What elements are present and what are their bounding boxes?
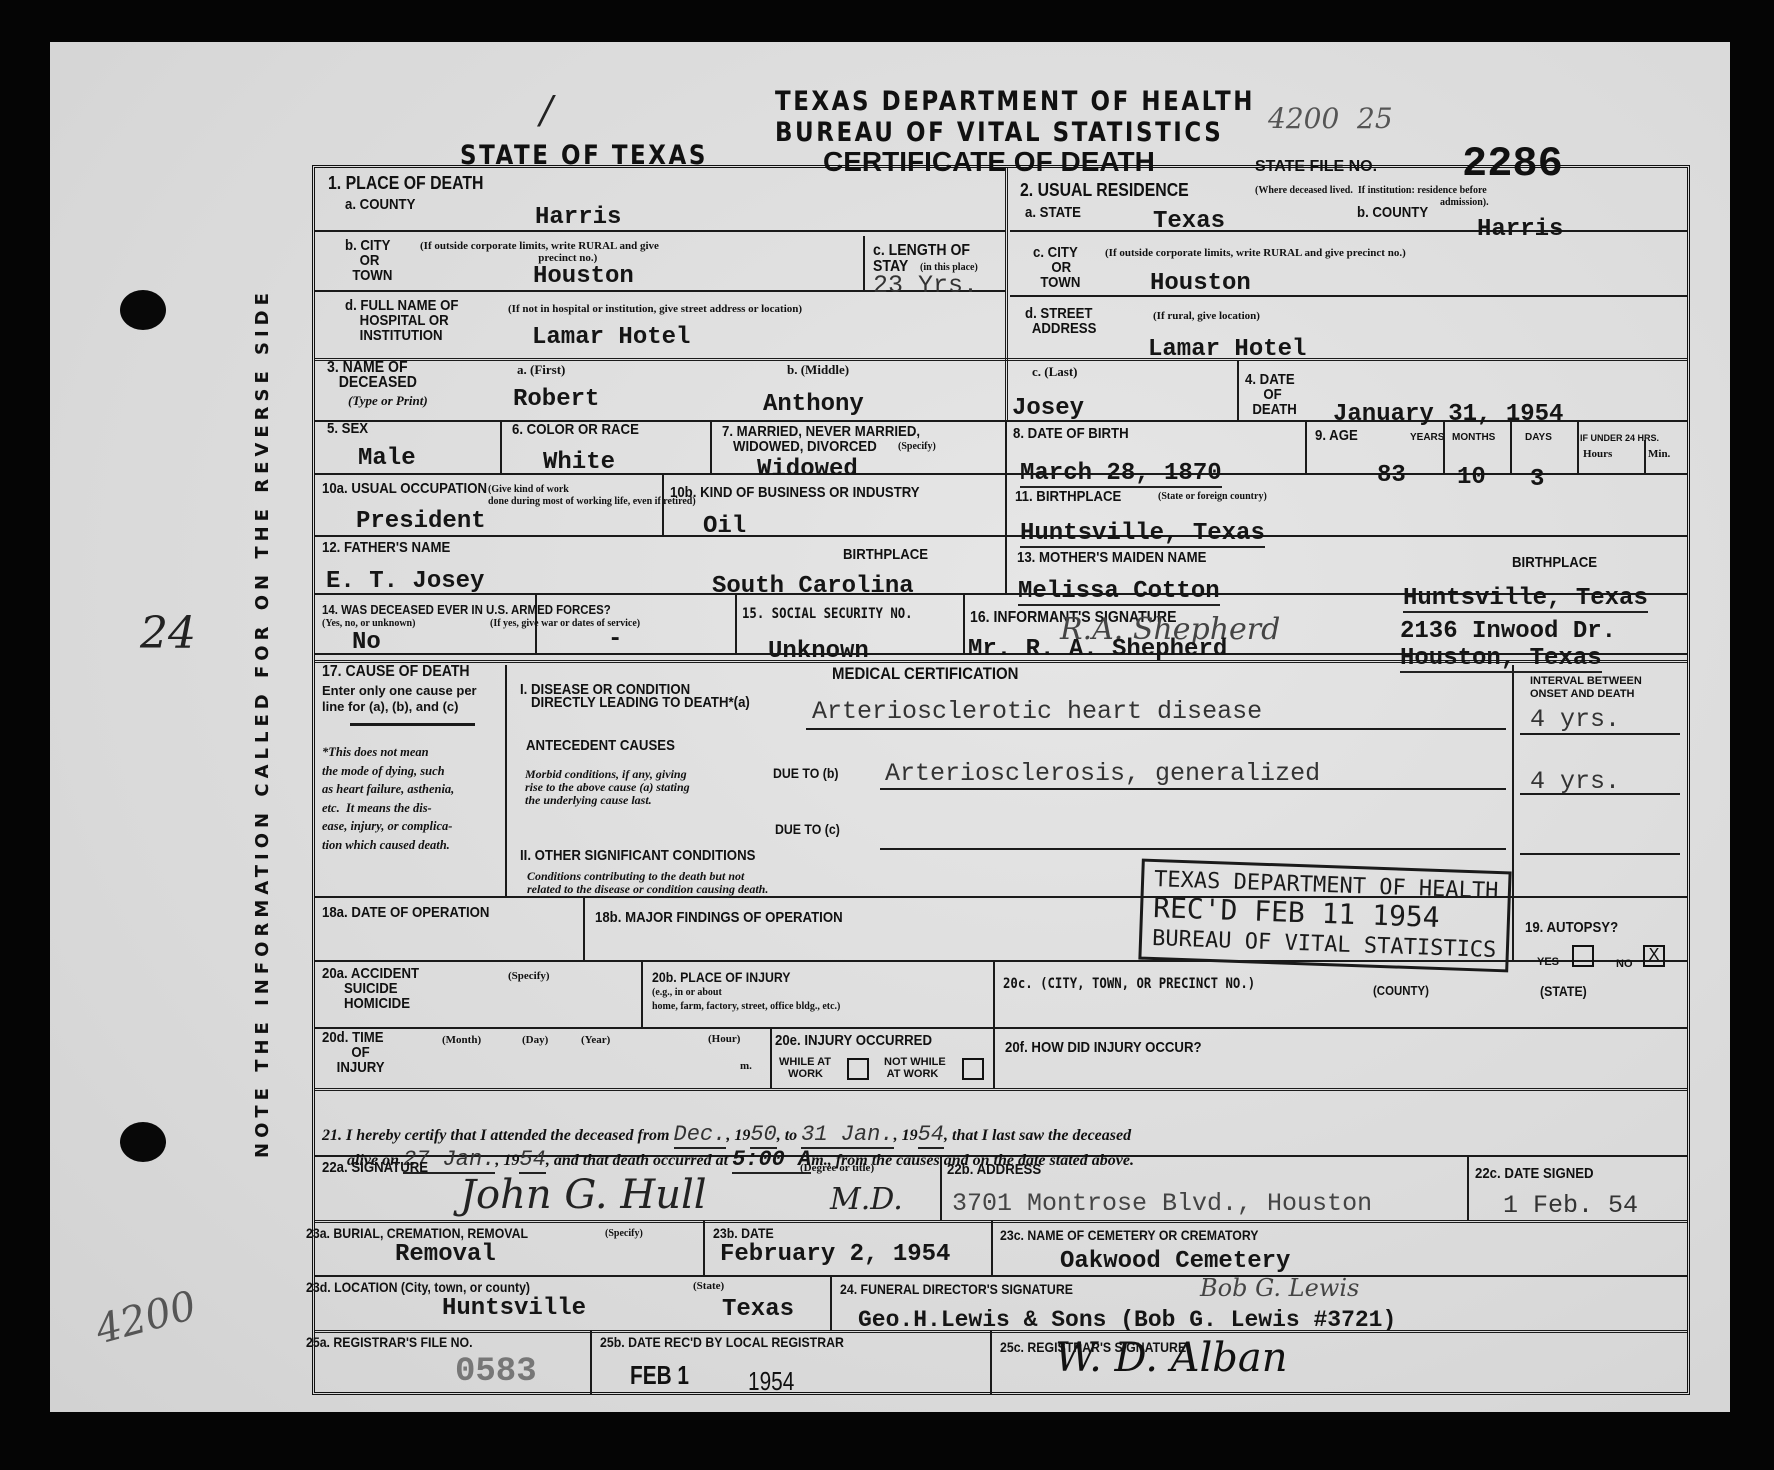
- reverse-side-note: NOTE THE INFORMATION CALLED FOR ON THE R…: [252, 288, 273, 1158]
- day-label: (Day): [522, 1034, 548, 1046]
- sex-field[interactable]: Male: [358, 447, 416, 471]
- registrar-year-field[interactable]: 1954: [748, 1366, 794, 1397]
- first-name-field[interactable]: Robert: [513, 388, 599, 412]
- industry-label: 10b. KIND OF BUSINESS OR INDUSTRY: [670, 485, 920, 500]
- hour-label: (Hour): [708, 1033, 740, 1045]
- date-signed-label: 22c. DATE SIGNED: [1475, 1166, 1594, 1181]
- medical-certification-label: MEDICAL CERTIFICATION: [832, 666, 1018, 681]
- date-signed-field[interactable]: 1 Feb. 54: [1503, 1194, 1638, 1218]
- armed-war-field[interactable]: -: [608, 628, 622, 652]
- usual-residence-label: 2. USUAL RESIDENCE: [1020, 183, 1189, 198]
- due-to-b-field[interactable]: Arteriosclerosis, generalized: [885, 762, 1320, 786]
- not-at-work-checkbox[interactable]: [962, 1058, 984, 1080]
- father-birthplace-label: BIRTHPLACE: [843, 547, 928, 562]
- age-years-field[interactable]: 83: [1377, 464, 1406, 488]
- hours-label: Hours: [1583, 448, 1612, 460]
- received-stamp: TEXAS DEPARTMENT OF HEALTH REC'D FEB 11 …: [1138, 859, 1512, 973]
- county-label: a. COUNTY: [345, 197, 415, 212]
- injury-county-label: (COUNTY): [1373, 983, 1429, 998]
- punch-hole: [120, 290, 166, 330]
- physician-address-field[interactable]: 3701 Montrose Blvd., Houston: [952, 1192, 1372, 1216]
- race-field[interactable]: White: [543, 451, 615, 475]
- accident-label: 20a. ACCIDENT SUICIDE HOMICIDE: [322, 966, 419, 1011]
- residence-state-label: a. STATE: [1025, 205, 1081, 220]
- how-injury-occurred-label: 20f. HOW DID INJURY OCCUR?: [1005, 1040, 1202, 1055]
- injury-city-label: 20c. (CITY, TOWN, OR PRECINCT NO.): [1003, 977, 1255, 992]
- middle-name-field[interactable]: Anthony: [763, 393, 864, 417]
- residence-city-field[interactable]: Houston: [1150, 272, 1251, 296]
- place-of-injury-example: (e.g., in or about home, farm, factory, …: [652, 986, 840, 1014]
- burial-date-label: 23b. DATE: [713, 1226, 774, 1241]
- injury-state-label: (STATE): [1540, 984, 1587, 999]
- father-name-label: 12. FATHER'S NAME: [322, 540, 450, 555]
- length-of-stay-field[interactable]: 23 Yrs.: [873, 274, 978, 298]
- street-address-field[interactable]: Lamar Hotel: [1148, 338, 1306, 362]
- father-birthplace-field[interactable]: South Carolina: [712, 575, 914, 599]
- autopsy-no-label: NO: [1616, 958, 1633, 970]
- handwritten-mark: /: [540, 88, 553, 132]
- mother-name-field[interactable]: Melissa Cotton: [1018, 580, 1220, 606]
- occupation-hint: (Give kind of work done during most of w…: [488, 484, 696, 508]
- hospital-label: d. FULL NAME OF HOSPITAL OR INSTITUTION: [345, 298, 458, 343]
- direct-cause-label: I. DISEASE OR CONDITION DIRECTLY LEADING…: [520, 683, 750, 709]
- other-conditions-label: II. OTHER SIGNIFICANT CONDITIONS: [520, 848, 755, 863]
- mother-birthplace-label: BIRTHPLACE: [1512, 555, 1597, 570]
- location-city-field[interactable]: Huntsville: [442, 1297, 586, 1321]
- injury-occurred-label: 20e. INJURY OCCURRED: [775, 1033, 932, 1048]
- hospital-field[interactable]: Lamar Hotel: [532, 326, 690, 350]
- cause-footnote: *This does not mean the mode of dying, s…: [322, 743, 454, 854]
- hospital-hint: (If not in hospital or institution, give…: [508, 303, 802, 315]
- occupation-label: 10a. USUAL OCCUPATION: [322, 481, 487, 496]
- date-of-death-field[interactable]: January 31, 1954: [1333, 403, 1563, 427]
- date-of-birth-label: 8. DATE OF BIRTH: [1013, 426, 1129, 441]
- age-days-field[interactable]: 3: [1530, 468, 1544, 492]
- other-conditions-hint: Conditions contributing to the death but…: [527, 870, 768, 896]
- mother-name-label: 13. MOTHER'S MAIDEN NAME: [1017, 550, 1206, 565]
- due-to-c-label: DUE TO (c): [775, 822, 840, 837]
- bureau-title: BUREAU OF VITAL STATISTICS: [775, 117, 1223, 148]
- first-name-label: a. (First): [517, 364, 565, 376]
- cause-instruction: Enter only one cause per line for (a), (…: [322, 683, 477, 715]
- date-of-death-label: 4. DATE OF DEATH: [1245, 372, 1297, 417]
- not-at-work-label: NOT WHILE AT WORK: [884, 1056, 946, 1080]
- month-label: (Month): [442, 1034, 481, 1046]
- age-label: 9. AGE: [1315, 428, 1358, 443]
- race-label: 6. COLOR OR RACE: [512, 422, 639, 437]
- registrar-signature: W. D. Alban: [1055, 1335, 1288, 1381]
- funeral-director-label: 24. FUNERAL DIRECTOR'S SIGNATURE: [840, 1282, 1073, 1297]
- handwritten-margin-number: 24: [140, 608, 196, 659]
- birthplace-label: 11. BIRTHPLACE: [1015, 489, 1121, 504]
- antecedent-causes-label: ANTECEDENT CAUSES: [526, 738, 675, 753]
- residence-county-label: b. COUNTY: [1357, 205, 1428, 220]
- place-of-death-label: 1. PLACE OF DEATH: [328, 176, 483, 191]
- interval-label: INTERVAL BETWEEN ONSET AND DEATH: [1530, 675, 1642, 701]
- burial-type-label: 23a. BURIAL, CREMATION, REMOVAL: [306, 1226, 528, 1241]
- type-or-print-hint: (Type or Print): [348, 395, 428, 407]
- at-work-checkbox[interactable]: [847, 1058, 869, 1080]
- degree-label: (Degree or title): [800, 1162, 874, 1174]
- punch-hole: [120, 1122, 166, 1162]
- street-address-label: d. STREET ADDRESS: [1025, 306, 1096, 336]
- registrar-date-field[interactable]: FEB 1: [630, 1360, 689, 1391]
- due-to-b-interval-field[interactable]: 4 yrs.: [1530, 770, 1620, 794]
- autopsy-label: 19. AUTOPSY?: [1525, 920, 1618, 935]
- signature-label: 22a. SIGNATURE: [322, 1160, 428, 1175]
- armed-forces-label: 14. WAS DECEASED EVER IN U.S. ARMED FORC…: [322, 602, 611, 617]
- city-hint: (If outside corporate limits, write RURA…: [420, 240, 659, 264]
- residence-state-field[interactable]: Texas: [1153, 210, 1225, 234]
- last-name-label: c. (Last): [1032, 366, 1078, 378]
- occupation-field[interactable]: President: [356, 510, 486, 534]
- ssn-label: 15. SOCIAL SECURITY NO.: [742, 607, 913, 622]
- residence-city-hint: (If outside corporate limits, write RURA…: [1105, 247, 1406, 259]
- burial-type-field[interactable]: Removal: [395, 1243, 496, 1267]
- cause-of-death-label: 17. CAUSE OF DEATH: [322, 664, 470, 679]
- antecedent-hint: Morbid conditions, if any, giving rise t…: [525, 768, 690, 807]
- address-label: 22b. ADDRESS: [947, 1162, 1041, 1177]
- residence-city-label: c. CITY OR TOWN: [1033, 245, 1080, 290]
- operation-findings-label: 18b. MAJOR FINDINGS OF OPERATION: [595, 910, 843, 925]
- year-label: (Year): [581, 1034, 610, 1046]
- cemetery-field[interactable]: Oakwood Cemetery: [1060, 1250, 1290, 1274]
- marital-hint: (Specify): [898, 441, 936, 453]
- accident-hint: (Specify): [508, 970, 550, 982]
- physician-degree: M.D.: [830, 1182, 903, 1217]
- time-of-injury-label: 20d. TIME OF INJURY: [322, 1030, 385, 1075]
- residence-county-field[interactable]: Harris: [1477, 218, 1563, 242]
- father-name-field[interactable]: E. T. Josey: [326, 570, 484, 594]
- street-hint: (If rural, give location): [1153, 310, 1260, 322]
- due-to-b-label: DUE TO (b): [773, 766, 838, 781]
- autopsy-yes-checkbox[interactable]: [1572, 945, 1594, 967]
- location-state-field[interactable]: Texas: [722, 1298, 794, 1322]
- birthplace-field[interactable]: Huntsville, Texas: [1020, 522, 1265, 548]
- informant-address-line1[interactable]: 2136 Inwood Dr.: [1400, 620, 1616, 644]
- stamp-line3: BUREAU OF VITAL STATISTICS: [1152, 926, 1497, 963]
- autopsy-yes-label: YES: [1537, 956, 1559, 968]
- date-of-birth-field[interactable]: March 28, 1870: [1020, 462, 1222, 488]
- burial-type-hint: (Specify): [605, 1228, 643, 1240]
- armed-forces-field[interactable]: No: [352, 631, 381, 655]
- age-months-field[interactable]: 10: [1457, 466, 1486, 490]
- m-label: m.: [740, 1060, 752, 1072]
- mother-birthplace-field[interactable]: Huntsville, Texas: [1403, 587, 1648, 613]
- registrar-date-label: 25b. DATE REC'D BY LOCAL REGISTRAR: [600, 1335, 844, 1350]
- under-24-label: IF UNDER 24 HRS.: [1580, 432, 1659, 444]
- location-state-label: (State): [693, 1280, 724, 1292]
- years-label: YEARS: [1410, 432, 1444, 444]
- informant-address-line2[interactable]: Houston, Texas: [1400, 647, 1602, 673]
- informant-name-field[interactable]: Mr. R. A. Shepherd: [968, 638, 1227, 662]
- ssn-field[interactable]: Unknown: [768, 640, 869, 664]
- death-county-field[interactable]: Harris: [535, 206, 621, 230]
- burial-date-field[interactable]: February 2, 1954: [720, 1243, 950, 1267]
- death-city-field[interactable]: Houston: [533, 265, 634, 289]
- city-label: b. CITY OR TOWN: [345, 238, 392, 283]
- industry-field[interactable]: Oil: [703, 515, 746, 539]
- days-label: DAYS: [1525, 432, 1552, 444]
- sex-label: 5. SEX: [327, 421, 368, 436]
- registrar-file-label: 25a. REGISTRAR'S FILE NO.: [306, 1335, 473, 1350]
- min-label: Min.: [1648, 448, 1670, 460]
- marital-status-label: 7. MARRIED, NEVER MARRIED, WIDOWED, DIVO…: [722, 424, 920, 454]
- registrar-file-field[interactable]: 0583: [455, 1360, 537, 1384]
- funeral-director-field[interactable]: Geo.H.Lewis & Sons (Bob G. Lewis #3721): [858, 1308, 1396, 1332]
- at-work-label: WHILE AT WORK: [779, 1056, 831, 1080]
- marital-status-field[interactable]: Widowed: [757, 458, 858, 482]
- last-seen-year-field[interactable]: 54: [519, 1147, 545, 1174]
- operation-date-label: 18a. DATE OF OPERATION: [322, 905, 489, 920]
- handwritten-code: 4200 25: [1268, 102, 1393, 135]
- cemetery-label: 23c. NAME OF CEMETERY OR CREMATORY: [1000, 1228, 1259, 1243]
- months-label: MONTHS: [1452, 432, 1495, 444]
- middle-name-label: b. (Middle): [787, 364, 849, 376]
- direct-interval-field[interactable]: 4 yrs.: [1530, 708, 1620, 732]
- physician-signature: John G. Hull: [460, 1172, 707, 1218]
- birthplace-hint: (State or foreign country): [1158, 491, 1267, 503]
- direct-cause-field[interactable]: Arteriosclerotic heart disease: [812, 700, 1262, 724]
- department-title: TEXAS DEPARTMENT OF HEALTH: [775, 86, 1255, 117]
- location-label: 23d. LOCATION (City, town, or county): [306, 1280, 530, 1295]
- last-name-field[interactable]: Josey: [1012, 397, 1084, 421]
- autopsy-no-checkbox[interactable]: X: [1643, 945, 1665, 967]
- funeral-director-signature: Bob G. Lewis: [1200, 1274, 1359, 1302]
- name-of-deceased-label: 3. NAME OF DECEASED: [327, 360, 417, 390]
